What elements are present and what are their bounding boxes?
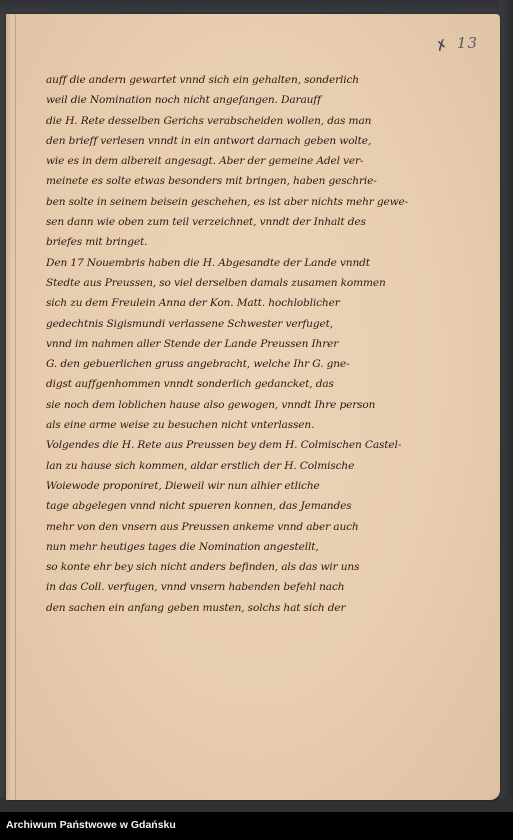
scan-viewer: ✗ 13 auff die andern gewartet vnnd sich …: [0, 0, 513, 812]
scan-background-bottom: [0, 798, 513, 812]
manuscript-line: meinete es solte etwas besonders mit bri…: [46, 171, 446, 191]
manuscript-line: Volgendes die H. Rete aus Preussen bey d…: [46, 435, 446, 455]
manuscript-line: vnnd im nahmen aller Stende der Lande Pr…: [46, 334, 446, 354]
folio-cross-mark: ✗: [434, 36, 450, 55]
page-binding-edge: [6, 14, 16, 800]
manuscript-line: wie es in dem albereit angesagt. Aber de…: [46, 151, 446, 171]
manuscript-line: digst auffgenhommen vnndt sonderlich ged…: [46, 374, 446, 394]
manuscript-page: ✗ 13 auff die andern gewartet vnnd sich …: [6, 14, 500, 800]
manuscript-line: Den 17 Nouembris haben die H. Abgesandte…: [46, 253, 446, 273]
manuscript-line: briefes mit bringet.: [46, 232, 446, 252]
manuscript-line: lan zu hause sich kommen, aldar erstlich…: [46, 456, 446, 476]
manuscript-line: sen dann wie oben zum teil verzeichnet, …: [46, 212, 446, 232]
manuscript-line: den sachen ein anfang geben musten, solc…: [46, 598, 446, 618]
archive-caption: Archiwum Państwowe w Gdańsku: [6, 819, 176, 831]
manuscript-line: nun mehr heutiges tages die Nomination a…: [46, 537, 446, 557]
folio-number: 13: [457, 34, 478, 52]
scan-background-right: [499, 0, 513, 812]
manuscript-line: sie noch dem loblichen hause also gewoge…: [46, 395, 446, 415]
manuscript-line: weil die Nomination noch nicht angefange…: [46, 90, 446, 110]
manuscript-line: mehr von den vnsern aus Preussen ankeme …: [46, 517, 446, 537]
manuscript-line: Woiewode proponiret, Dieweil wir nun alh…: [46, 476, 446, 496]
manuscript-text: auff die andern gewartet vnnd sich ein g…: [46, 70, 446, 618]
manuscript-line: auff die andern gewartet vnnd sich ein g…: [46, 70, 446, 90]
manuscript-line: G. den gebuerlichen gruss angebracht, we…: [46, 354, 446, 374]
manuscript-line: ben solte in seinem beisein geschehen, e…: [46, 192, 446, 212]
manuscript-line: sich zu dem Freulein Anna der Kon. Matt.…: [46, 293, 446, 313]
manuscript-line: den brieff verlesen vnndt in ein antwort…: [46, 131, 446, 151]
manuscript-line: so konte ehr bey sich nicht anders befin…: [46, 557, 446, 577]
manuscript-line: gedechtnis Sigismundi verlassene Schwest…: [46, 314, 446, 334]
caption-bar: Archiwum Państwowe w Gdańsku: [0, 812, 513, 840]
manuscript-line: die H. Rete desselben Gerichs verabschei…: [46, 111, 446, 131]
manuscript-line: tage abgelegen vnnd nicht spueren konnen…: [46, 496, 446, 516]
manuscript-line: Stedte aus Preussen, so viel derselben d…: [46, 273, 446, 293]
manuscript-line: in das Coll. verfugen, vnnd vnsern haben…: [46, 577, 446, 597]
manuscript-line: als eine arme weise zu besuchen nicht vn…: [46, 415, 446, 435]
